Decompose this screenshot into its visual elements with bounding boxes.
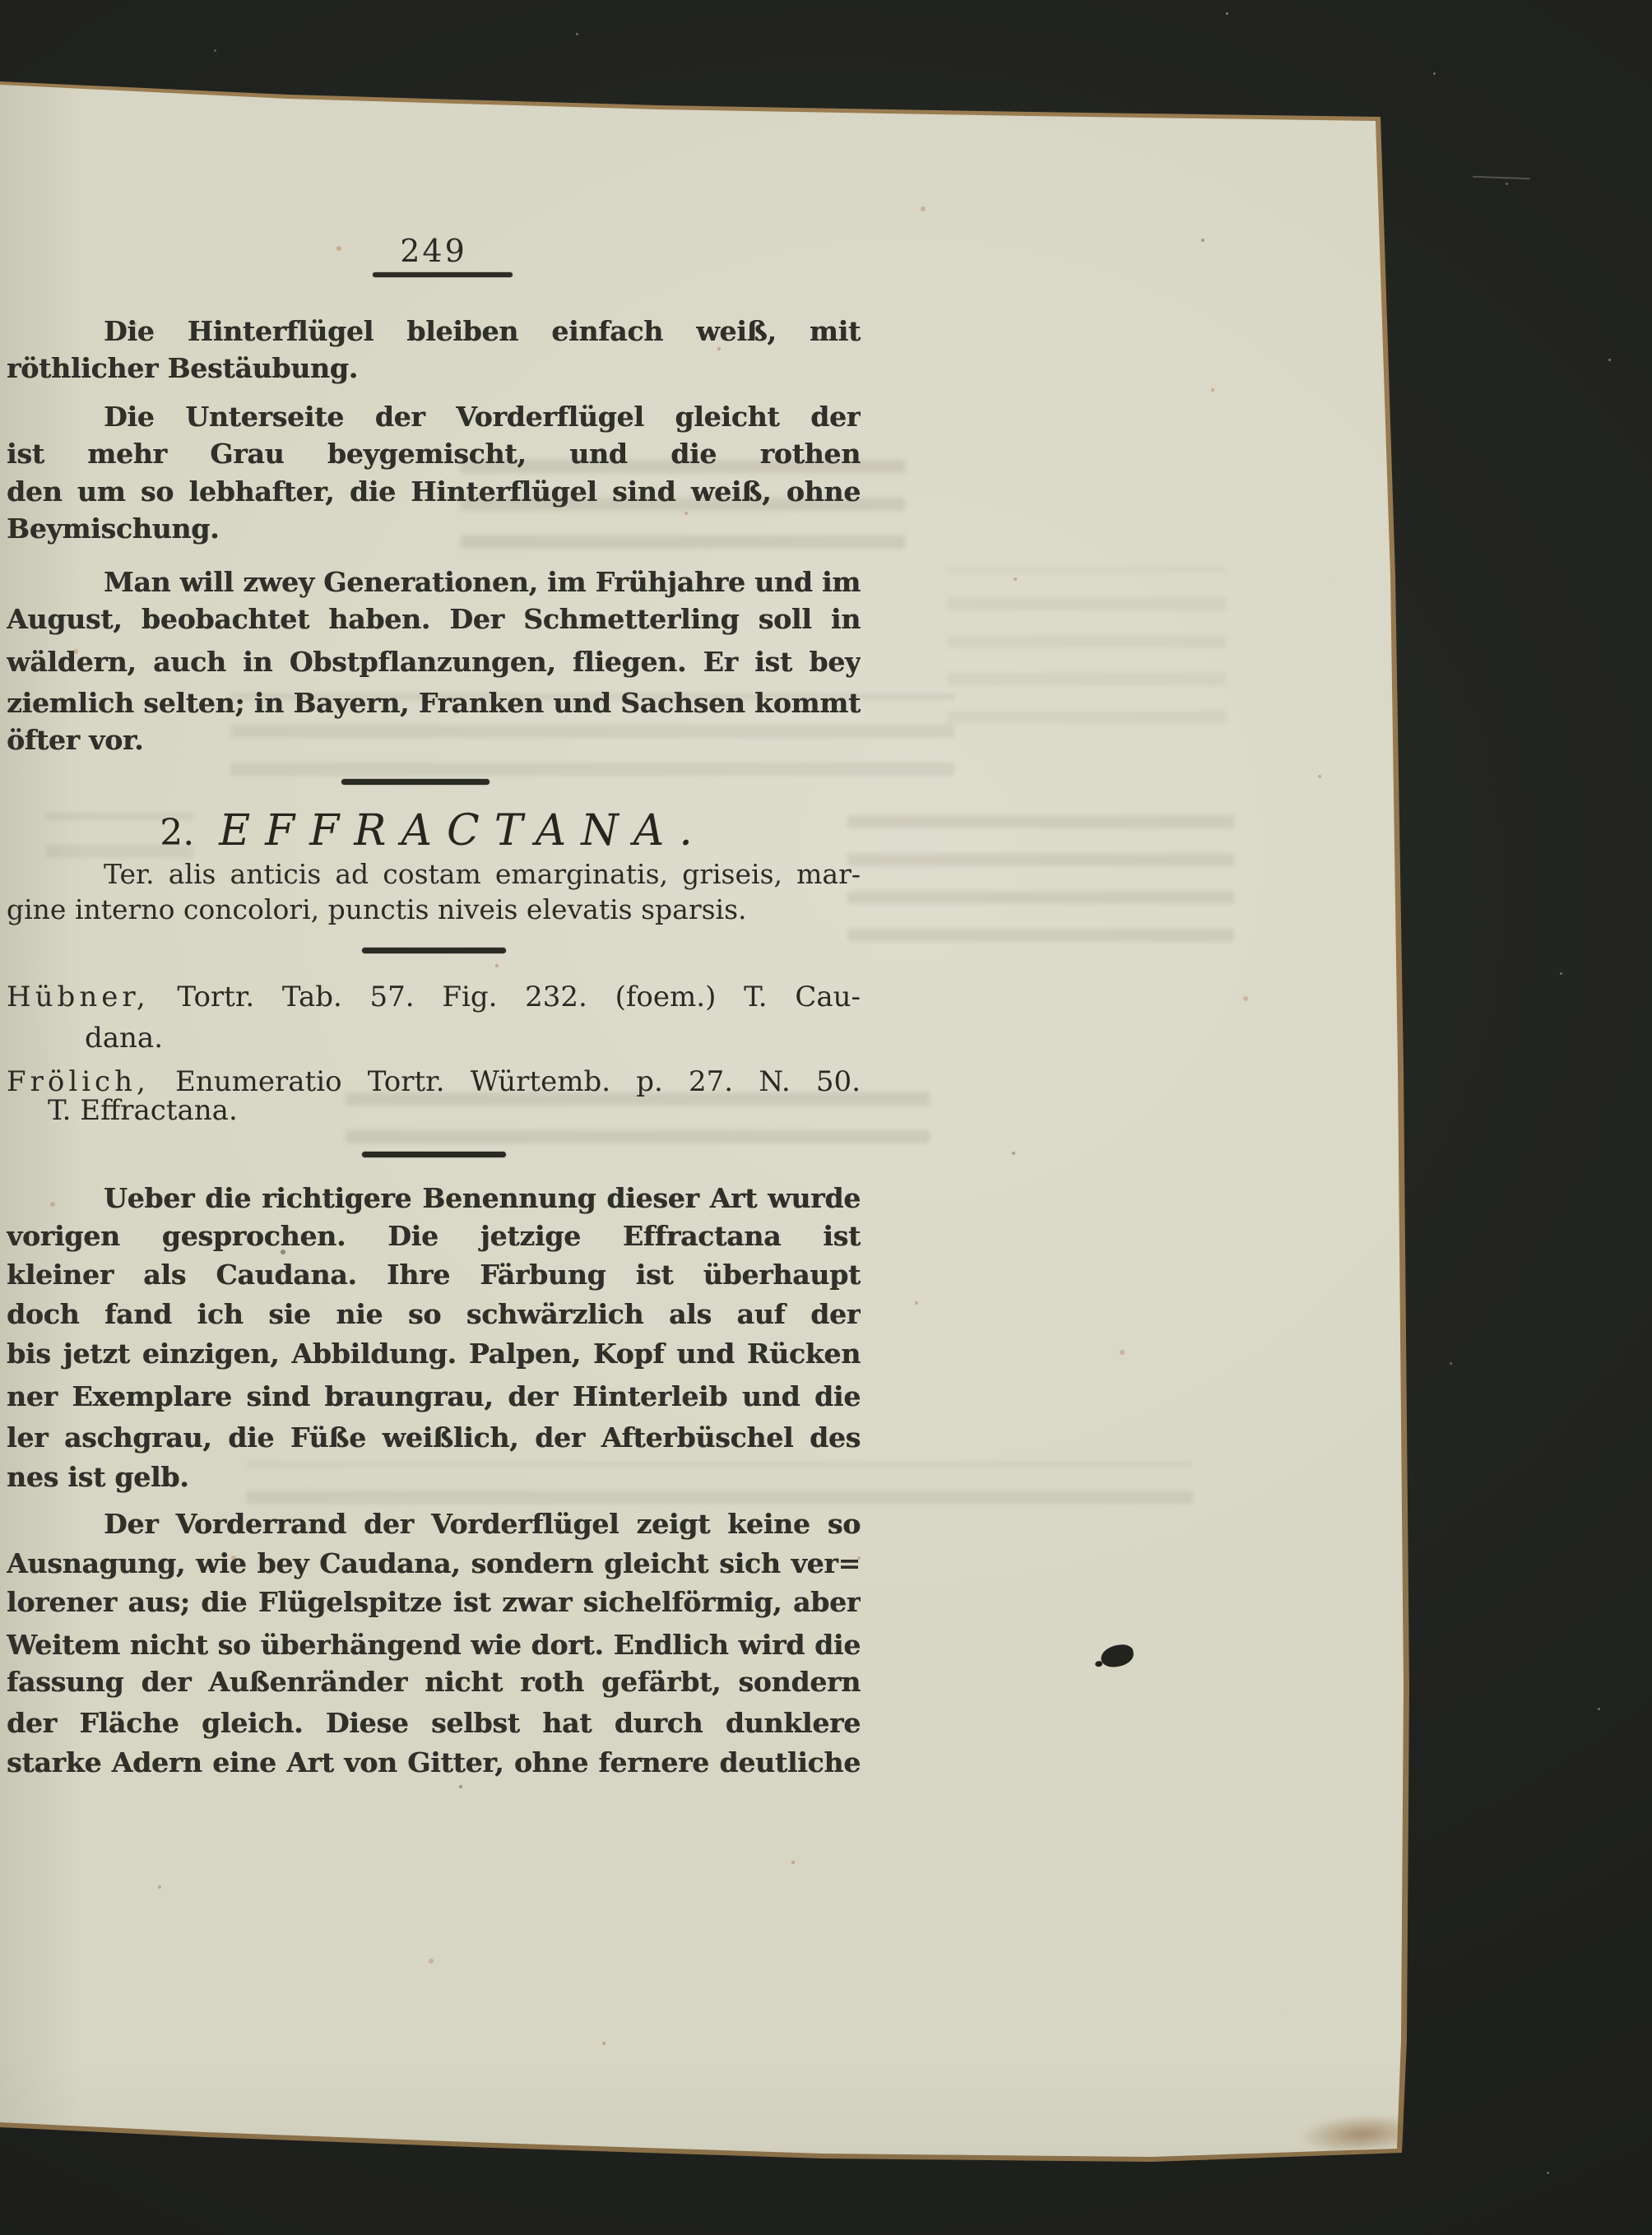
section-rule bbox=[362, 948, 506, 953]
reference-citation: Tortr. Tab. 57. Fig. 232. (foem.) T. Cau… bbox=[177, 981, 861, 1013]
body-line: starke Adern eine Art von Gitter, ohne f… bbox=[7, 1745, 861, 1783]
body-line: ler aschgrau, die Füße weißlich, der Aft… bbox=[7, 1420, 861, 1458]
latin-line: gine interno concolori, punctis niveis e… bbox=[7, 893, 861, 929]
section-rule bbox=[341, 779, 490, 785]
body-line: bis jetzt einzigen, Abbildung. Palpen, K… bbox=[7, 1336, 861, 1374]
body-line: doch fand ich sie nie so schwärzlich als… bbox=[7, 1296, 861, 1334]
body-line: Die Hinterflügel bleiben einfach weiß, m… bbox=[7, 313, 861, 351]
page-number-rule bbox=[373, 272, 513, 277]
page-number: 249 bbox=[7, 233, 861, 269]
reference-carry-line: dana. bbox=[7, 1019, 861, 1059]
body-line: lorener aus; die Flügelspitze ist zwar s… bbox=[7, 1584, 861, 1622]
body-line: Die Unterseite der Vorderflügel gleicht … bbox=[7, 399, 861, 437]
body-line: Der Vorderrand der Vorderflügel zeigt ke… bbox=[7, 1506, 861, 1544]
body-line: kleiner als Caudana. Ihre Färbung ist üb… bbox=[7, 1257, 861, 1295]
body-line: wäldern, auch in Obstpflanzungen, fliege… bbox=[7, 644, 861, 682]
printed-text-layer: 249 Die Hinterflügel bleiben einfach wei… bbox=[0, 0, 1652, 2235]
corner-stain bbox=[1299, 2113, 1404, 2153]
body-line: fassung der Außenränder nicht roth gefär… bbox=[7, 1664, 861, 1702]
body-line: ner Exemplare sind braungrau, der Hinter… bbox=[7, 1379, 861, 1417]
body-line: ziemlich selten; in Bayern, Franken und … bbox=[7, 685, 861, 723]
body-line: der Fläche gleich. Diese selbst hat durc… bbox=[7, 1705, 861, 1743]
body-line: röthlicher Bestäubung. bbox=[7, 350, 861, 388]
reference-author: Hübner, bbox=[7, 981, 150, 1013]
body-line: öfter vor. bbox=[7, 722, 861, 760]
body-line: nes ist gelb. bbox=[7, 1459, 861, 1497]
section-rule bbox=[362, 1152, 506, 1157]
body-line: ist mehr Grau beygemischt, und die rothe… bbox=[7, 436, 861, 474]
body-line: den um so lebhafter, die Hinterflügel si… bbox=[7, 474, 861, 512]
body-line: Weitem nicht so überhängend wie dort. En… bbox=[7, 1627, 861, 1665]
book-page-scan: 249 Die Hinterflügel bleiben einfach wei… bbox=[0, 0, 1652, 2235]
latin-line: Ter. alis anticis ad costam emarginatis,… bbox=[7, 857, 861, 893]
species-heading: 2. EFFRACTANA. bbox=[7, 806, 861, 856]
body-line: Ausnagung, wie bey Caudana, sondern glei… bbox=[7, 1546, 861, 1584]
species-name: EFFRACTANA. bbox=[219, 806, 708, 856]
species-number: 2. bbox=[160, 812, 194, 854]
body-line: vorigen gesprochen. Die jetzige Effracta… bbox=[7, 1218, 861, 1256]
body-line: August, beobachtet haben. Der Schmetterl… bbox=[7, 601, 861, 639]
body-line: Ueber die richtigere Benennung dieser Ar… bbox=[7, 1180, 861, 1218]
body-line: Man will zwey Generationen, im Frühjahre… bbox=[7, 564, 861, 602]
reference-line: Hübner, Tortr. Tab. 57. Fig. 232. (foem.… bbox=[7, 978, 861, 1018]
body-line: Beymischung. bbox=[7, 511, 861, 549]
reference-carry-line: T. Effractana. bbox=[7, 1092, 861, 1131]
